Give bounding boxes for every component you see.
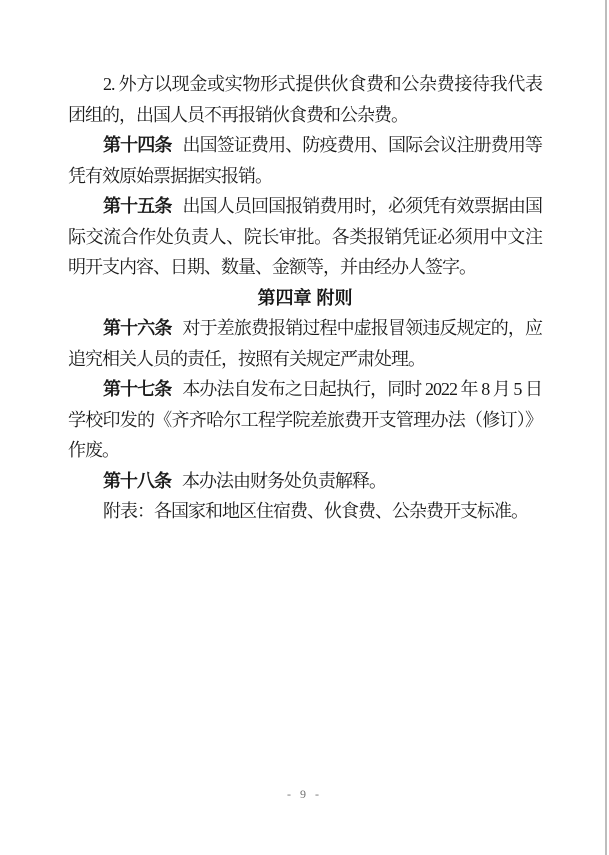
- article-15-term: 第十五条: [103, 196, 172, 216]
- article-18-term: 第十八条: [103, 471, 171, 491]
- paragraph-article-17: 第十七条本办法自发布之日起执行，同时 2022 年 8 月 5 日学校印发的《齐…: [68, 374, 542, 466]
- article-17-term: 第十七条: [103, 379, 171, 399]
- paragraph-text: 本办法由财务处负责解释。: [182, 471, 386, 491]
- paragraph-article-16: 第十六条对于差旅费报销过程中虚报冒领违反规定的，应追究相关人员的责任，按照有关规…: [68, 313, 542, 374]
- paragraph-text: 2. 外方以现金或实物形式提供伙食费和公杂费接待我代表团组的，出国人员不再报销伙…: [68, 74, 542, 125]
- paragraph-article-14: 第十四条出国签证费用、防疫费用、国际会议注册费用等凭有效原始票据据实报销。: [68, 130, 542, 191]
- paragraph-article-18: 第十八条本办法由财务处负责解释。: [68, 466, 542, 497]
- chapter-heading: 第四章 附则: [68, 283, 542, 314]
- article-16-term: 第十六条: [103, 318, 172, 338]
- document-page: 2. 外方以现金或实物形式提供伙食费和公杂费接待我代表团组的，出国人员不再报销伙…: [0, 0, 609, 855]
- paragraph-appendix-note: 附表：各国家和地区住宿费、伙食费、公杂费开支标准。: [68, 496, 542, 527]
- page-number: - 9 -: [0, 787, 609, 802]
- paragraph-item-2-foreign-hosted: 2. 外方以现金或实物形式提供伙食费和公杂费接待我代表团组的，出国人员不再报销伙…: [68, 69, 542, 130]
- article-14-term: 第十四条: [103, 135, 172, 155]
- paragraph-article-15: 第十五条出国人员回国报销费用时，必须凭有效票据由国际交流合作处负责人、院长审批。…: [68, 191, 542, 283]
- document-text-block: 2. 外方以现金或实物形式提供伙食费和公杂费接待我代表团组的，出国人员不再报销伙…: [68, 69, 542, 527]
- page-right-edge-line: [605, 0, 607, 855]
- paragraph-text: 附表：各国家和地区住宿费、伙食费、公杂费开支标准。: [103, 501, 528, 521]
